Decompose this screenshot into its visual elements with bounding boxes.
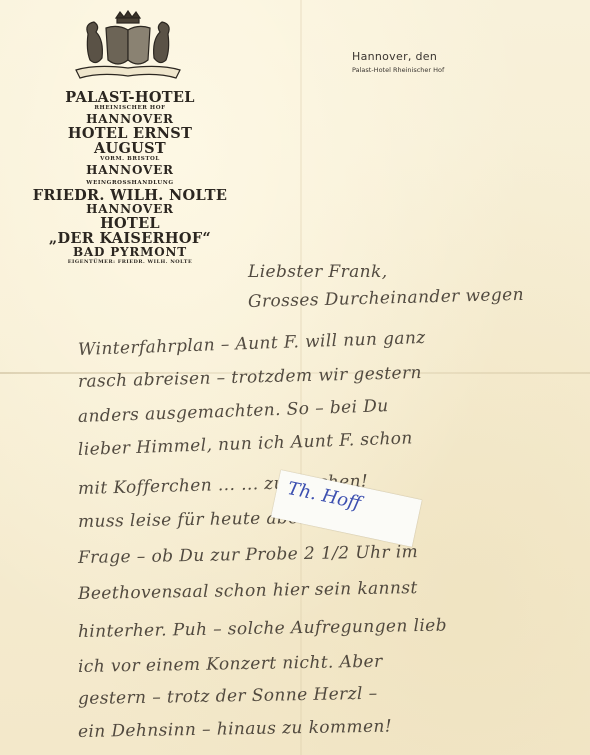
letter-line: rasch abreisen – trotzdem wir gestern (78, 363, 422, 392)
letter-salutation: Liebster Frank, (248, 262, 388, 282)
letter-line: Frage – ob Du zur Probe 2 1/2 Uhr im (78, 542, 418, 568)
letter-line: Grosses Durcheinander wegen (248, 285, 524, 312)
letter-line: lieber Himmel, nun ich Aunt F. schon (78, 428, 413, 460)
letterhead-line: HANNOVER (30, 164, 230, 177)
letter-line: Winterfahrplan – Aunt F. will nun ganz (78, 328, 426, 360)
letter-line: Beethovensaal schon hier sein kannst (78, 578, 418, 604)
letterhead-line: VORM. BRISTOL (30, 157, 230, 163)
letterhead-line: HOTEL (30, 216, 230, 231)
letter-line: anders ausgemachten. So – bei Du (78, 396, 389, 427)
dateline: Hannover, den Palast-Hotel Rheinischer H… (352, 45, 444, 74)
letterhead-line: PALAST-HOTEL (30, 90, 230, 105)
dateline-hotel: Palast-Hotel Rheinischer Hof (352, 66, 444, 74)
letterhead-line: HANNOVER (30, 113, 230, 126)
letterhead-line: BAD PYRMONT (30, 246, 230, 259)
letter-line: ein Dehnsinn – hinaus zu kommen! (78, 717, 392, 742)
dateline-city: Hannover, den (352, 50, 437, 63)
letter-line: ich vor einem Konzert nicht. Aber (78, 652, 383, 677)
letterhead-line: FRIEDR. WILH. NOLTE (30, 188, 230, 203)
coat-of-arms-icon (66, 10, 190, 86)
hotel-letterhead: PALAST-HOTEL RHEINISCHER HOF HANNOVER HO… (30, 90, 230, 265)
letter-line: hinterher. Puh – solche Aufregungen lieb (78, 616, 447, 642)
letterhead-line: EIGENTÜMER: FRIEDR. WILH. NOLTE (30, 260, 230, 265)
letter-line: gestern – trotz der Sonne Herzl – (78, 684, 378, 709)
letterhead-line: HOTEL ERNST AUGUST (30, 126, 230, 156)
letterhead-line: „DER KAISERHOF“ (30, 231, 230, 246)
